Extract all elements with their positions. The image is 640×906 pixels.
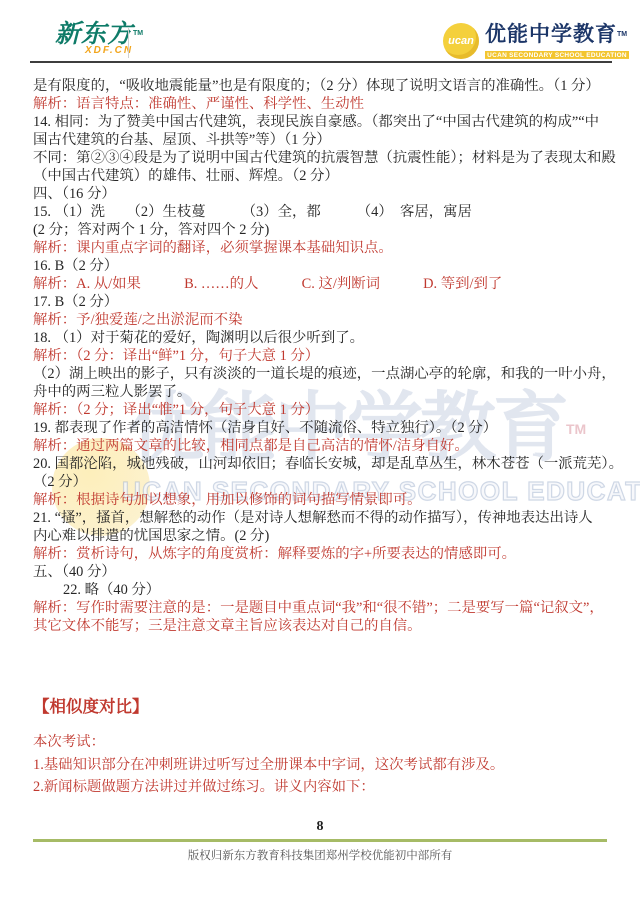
similarity-heading: 【相似度对比】 bbox=[33, 697, 609, 717]
answer-line: 解析：根据诗句加以想象，用加以修饰的词句描写情景即可。 bbox=[33, 491, 609, 509]
footer-rule bbox=[33, 839, 607, 842]
similarity-line: 1.基础知识部分在冲刺班讲过听写过全册课本中字词，这次考试都有涉及。 bbox=[33, 754, 609, 777]
answer-line: 22. 略（40 分） bbox=[33, 581, 609, 599]
ucan-logo-subtitle: UCAN SECONDARY SCHOOL EDUCATION bbox=[485, 51, 629, 59]
similarity-line: 本次考试： bbox=[33, 731, 609, 754]
answer-line: (2 分；答对两个 1 分，答对四个 2 分) bbox=[33, 221, 609, 239]
answer-line: 解析：A. 从/如果 B. ……的人 C. 这/判断词 D. 等到/到了 bbox=[33, 275, 609, 293]
answer-line: 是有限度的，“吸收地震能量”也是有限度的；（2 分）体现了说明文语言的准确性。（… bbox=[33, 77, 609, 95]
answer-line: 解析：（2 分：译出“鲜”1 分，句子大意 1 分） bbox=[33, 347, 609, 365]
answer-line: 解析：语言特点：准确性、严谨性、科学性、生动性 bbox=[33, 95, 609, 113]
answer-line: （2 分） bbox=[33, 473, 609, 491]
page-number: 8 bbox=[0, 819, 640, 835]
answer-line: 20. 国都沦陷，城池残破，山河却依旧；春临长安城，却是乱草丛生，林木苍苍（一派… bbox=[33, 455, 609, 473]
ucan-logo-text: 优能中学教育TM bbox=[485, 23, 640, 46]
ucan-logo: ucan 优能中学教育TM UCAN SECONDARY SCHOOL EDUC… bbox=[443, 23, 640, 64]
answer-line: 其它文体不能写；三是注意文章主旨应该表达对自己的自信。 bbox=[33, 617, 609, 635]
answer-line: 五、（40 分） bbox=[33, 563, 609, 581]
xdf-logo-text: 新东方TM bbox=[55, 21, 143, 47]
answer-line: （中国古代建筑）的雄伟、壮丽、辉煌。（2 分） bbox=[33, 167, 609, 185]
answer-line: 舟中的两三粒人影罢了。 bbox=[33, 383, 609, 401]
answer-line: 17. B（2 分） bbox=[33, 293, 609, 311]
answer-line: 国古代建筑的台基、屋顶、斗拱等”等）（1 分） bbox=[33, 131, 609, 149]
answer-line: 解析：写作时需要注意的是：一是题目中重点词“我”和“很不错”；二是要写一篇“记叙… bbox=[33, 599, 609, 617]
similarity-lines: 本次考试：1.基础知识部分在冲刺班讲过听写过全册课本中字词，这次考试都有涉及。2… bbox=[33, 731, 609, 799]
answer-line: 18. （1）对于菊花的爱好，陶渊明以后很少听到了。 bbox=[33, 329, 609, 347]
answer-line: 解析：予/独爱莲/之出淤泥而不染 bbox=[33, 311, 609, 329]
answer-line: 解析：通过两篇文章的比较，相同点都是自己高洁的情怀/洁身自好。 bbox=[33, 437, 609, 455]
answer-line: 解析：课内重点字词的翻译，必须掌握课本基础知识点。 bbox=[33, 239, 609, 257]
header-divider bbox=[128, 28, 129, 58]
trademark-mark: TM bbox=[617, 31, 627, 38]
answer-line: 不同：第②③④段是为了说明中国古代建筑的抗震智慧（抗震性能）；材料是为了表现太和… bbox=[33, 149, 609, 167]
document-page: 新东方TM XDF.CN ucan 优能中学教育TM UCAN SECONDAR… bbox=[0, 0, 640, 906]
answers-body: 是有限度的，“吸收地震能量”也是有限度的；（2 分）体现了说明文语言的准确性。（… bbox=[33, 77, 609, 635]
ucan-logo-textblock: 优能中学教育TM UCAN SECONDARY SCHOOL EDUCATION bbox=[485, 23, 640, 64]
answer-line: 16. B（2 分） bbox=[33, 257, 609, 275]
header-rule bbox=[30, 61, 612, 63]
xdf-logo: 新东方TM XDF.CN bbox=[55, 21, 143, 56]
answer-line: 四、（16 分） bbox=[33, 185, 609, 203]
answer-line: 14. 相同：为了赞美中国古代建筑，表现民族自豪感。（都突出了“中国古代建筑的构… bbox=[33, 113, 609, 131]
answer-line: 15. （1）洗 （2）生枝蔓 （3）全，都 （4） 客居，寓居 bbox=[33, 203, 609, 221]
similarity-line: 2.新闻标题做题方法讲过并做过练习。讲义内容如下： bbox=[33, 776, 609, 799]
ucan-bubble-icon: ucan bbox=[443, 23, 479, 59]
answer-line: 19. 都表现了作者的高洁情怀（洁身自好、不随流俗、特立独行）。（2 分） bbox=[33, 419, 609, 437]
similarity-section: 【相似度对比】 本次考试：1.基础知识部分在冲刺班讲过听写过全册课本中字词，这次… bbox=[33, 697, 609, 799]
ucan-bubble-icon-text: ucan bbox=[448, 35, 474, 47]
copyright-text: 版权归新东方教育科技集团郑州学校优能初中部所有 bbox=[0, 847, 640, 863]
answer-line: （2）湖上映出的影子，只有淡淡的一道长堤的痕迹，一点湖心亭的轮廓，和我的一叶小舟… bbox=[33, 365, 609, 383]
answer-line: 解析：赏析诗句，从炼字的角度赏析：解释要炼的字+所要表达的情感即可。 bbox=[33, 545, 609, 563]
answer-line: 解析：（2 分；译出“惟”1 分，句子大意 1 分） bbox=[33, 401, 609, 419]
answer-line: 内心难以排遣的忧国思家之情。(2 分) bbox=[33, 527, 609, 545]
answer-line: 21. “搔”，搔首，想解愁的动作（是对诗人想解愁而不得的动作描写），传神地表达… bbox=[33, 509, 609, 527]
trademark-mark: TM bbox=[133, 30, 143, 37]
